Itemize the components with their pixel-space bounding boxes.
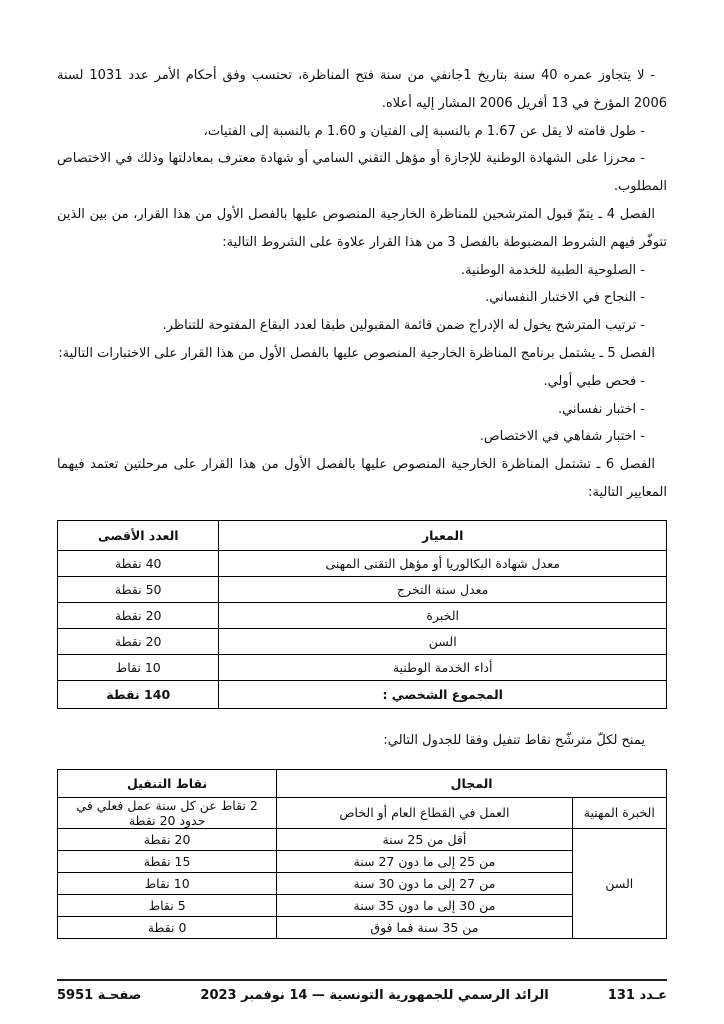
points-cell: 20 نقطة bbox=[58, 828, 277, 850]
points-cell: 5 نقاط bbox=[58, 894, 277, 916]
total-value-cell: 140 نقطة bbox=[58, 680, 219, 708]
domain-cell: من 25 إلى ما دون 27 سنة bbox=[277, 850, 572, 872]
condition-height: - طول قامته لا يقل عن 1.67 م بالنسبة إلى… bbox=[57, 118, 667, 146]
page-content: - لا يتجاوز عمره 40 سنة بتاريخ 1جانفي من… bbox=[0, 0, 724, 939]
article-4: الفصل 4 ـ يتمّ قبول المترشحين للمناظرة ا… bbox=[57, 201, 667, 257]
table-row: معدل شهادة البكالوريا أو مؤهل التقنى الم… bbox=[58, 550, 667, 576]
category-cell: الخبرة المهنية bbox=[572, 797, 666, 828]
page-number: صفحـة 5951 bbox=[57, 988, 141, 1003]
tanfil-intro: يمنح لكلّ مترشّح نقاط تنفيل وفقا للجدول … bbox=[57, 727, 667, 755]
page-footer: عـدد 131 الرائد الرسمي للجمهورية التونسي… bbox=[57, 979, 667, 1003]
domain-cell: من 27 إلى ما دون 30 سنة bbox=[277, 872, 572, 894]
condition-medical-fitness: - الصلوحية الطبية للخدمة الوطنية. bbox=[57, 257, 667, 285]
domain-cell: أقل من 25 سنة bbox=[277, 828, 572, 850]
criterion-cell: معدل شهادة البكالوريا أو مؤهل التقنى الم… bbox=[219, 550, 667, 576]
test-medical-exam: - فحص طبي أولي. bbox=[57, 368, 667, 396]
table-row: أداء الخدمة الوطنية 10 نقاط bbox=[58, 654, 667, 680]
condition-diploma: - محرزا على الشهادة الوطنية للإجازة أو م… bbox=[57, 145, 667, 201]
criteria-table-header-row: المعيار العدد الأقصى bbox=[58, 520, 667, 550]
points-cell: 2 نقاط عن كل سنة عمل فعلي في حدود 20 نقط… bbox=[58, 797, 277, 828]
total-row: المجموع الشخصي : 140 نقطة bbox=[58, 680, 667, 708]
table-row: السن 20 نقطة bbox=[58, 628, 667, 654]
bonus-header-domain: المجال bbox=[277, 769, 667, 797]
criterion-cell: أداء الخدمة الوطنية bbox=[219, 654, 667, 680]
test-psychological: - اختبار نفساني. bbox=[57, 396, 667, 424]
table-row: الخبرة 20 نقطة bbox=[58, 602, 667, 628]
points-cell: 0 نقطة bbox=[58, 916, 277, 938]
experience-row: الخبرة المهنية العمل في القطاع العام أو … bbox=[58, 797, 667, 828]
article-6: الفصل 6 ـ تشتمل المناظرة الخارجية المنصو… bbox=[57, 451, 667, 507]
bonus-header-points: نقاط التنفيل bbox=[58, 769, 277, 797]
condition-age: - لا يتجاوز عمره 40 سنة بتاريخ 1جانفي من… bbox=[57, 62, 667, 118]
issue-number: عـدد 131 bbox=[608, 988, 667, 1003]
criterion-cell: معدل سنة التخرج bbox=[219, 576, 667, 602]
age-row: السن أقل من 25 سنة 20 نقطة bbox=[58, 828, 667, 850]
max-points-cell: 20 نقطة bbox=[58, 628, 219, 654]
bonus-points-table: المجال نقاط التنفيل الخبرة المهنية العمل… bbox=[57, 769, 667, 939]
criterion-cell: السن bbox=[219, 628, 667, 654]
points-cell: 10 نقاط bbox=[58, 872, 277, 894]
criteria-header-criterion: المعيار bbox=[219, 520, 667, 550]
table-row: معدل سنة التخرج 50 نقطة bbox=[58, 576, 667, 602]
age-category-cell: السن bbox=[572, 828, 666, 938]
domain-cell: من 30 إلى ما دون 35 سنة bbox=[277, 894, 572, 916]
criteria-header-max: العدد الأقصى bbox=[58, 520, 219, 550]
article-5: الفصل 5 ـ يشتمل برنامج المناظرة الخارجية… bbox=[57, 340, 667, 368]
max-points-cell: 20 نقطة bbox=[58, 602, 219, 628]
domain-cell: العمل في القطاع العام أو الخاص bbox=[277, 797, 572, 828]
condition-ranking: - ترتيب المترشح يخول له الإدراج ضمن قائم… bbox=[57, 312, 667, 340]
total-label-cell: المجموع الشخصي : bbox=[219, 680, 667, 708]
max-points-cell: 10 نقاط bbox=[58, 654, 219, 680]
max-points-cell: 50 نقطة bbox=[58, 576, 219, 602]
max-points-cell: 40 نقطة bbox=[58, 550, 219, 576]
journal-title: الرائد الرسمي للجمهورية التونسية — 14 نو… bbox=[141, 988, 608, 1003]
domain-cell: من 35 سنة فما فوق bbox=[277, 916, 572, 938]
criteria-table: المعيار العدد الأقصى معدل شهادة البكالور… bbox=[57, 520, 667, 709]
test-oral: - اختبار شفاهي في الاختصاص. bbox=[57, 423, 667, 451]
criterion-cell: الخبرة bbox=[219, 602, 667, 628]
condition-psych-test: - النجاح في الاختبار النفساني. bbox=[57, 284, 667, 312]
bonus-table-header-row: المجال نقاط التنفيل bbox=[58, 769, 667, 797]
points-cell: 15 نقطة bbox=[58, 850, 277, 872]
